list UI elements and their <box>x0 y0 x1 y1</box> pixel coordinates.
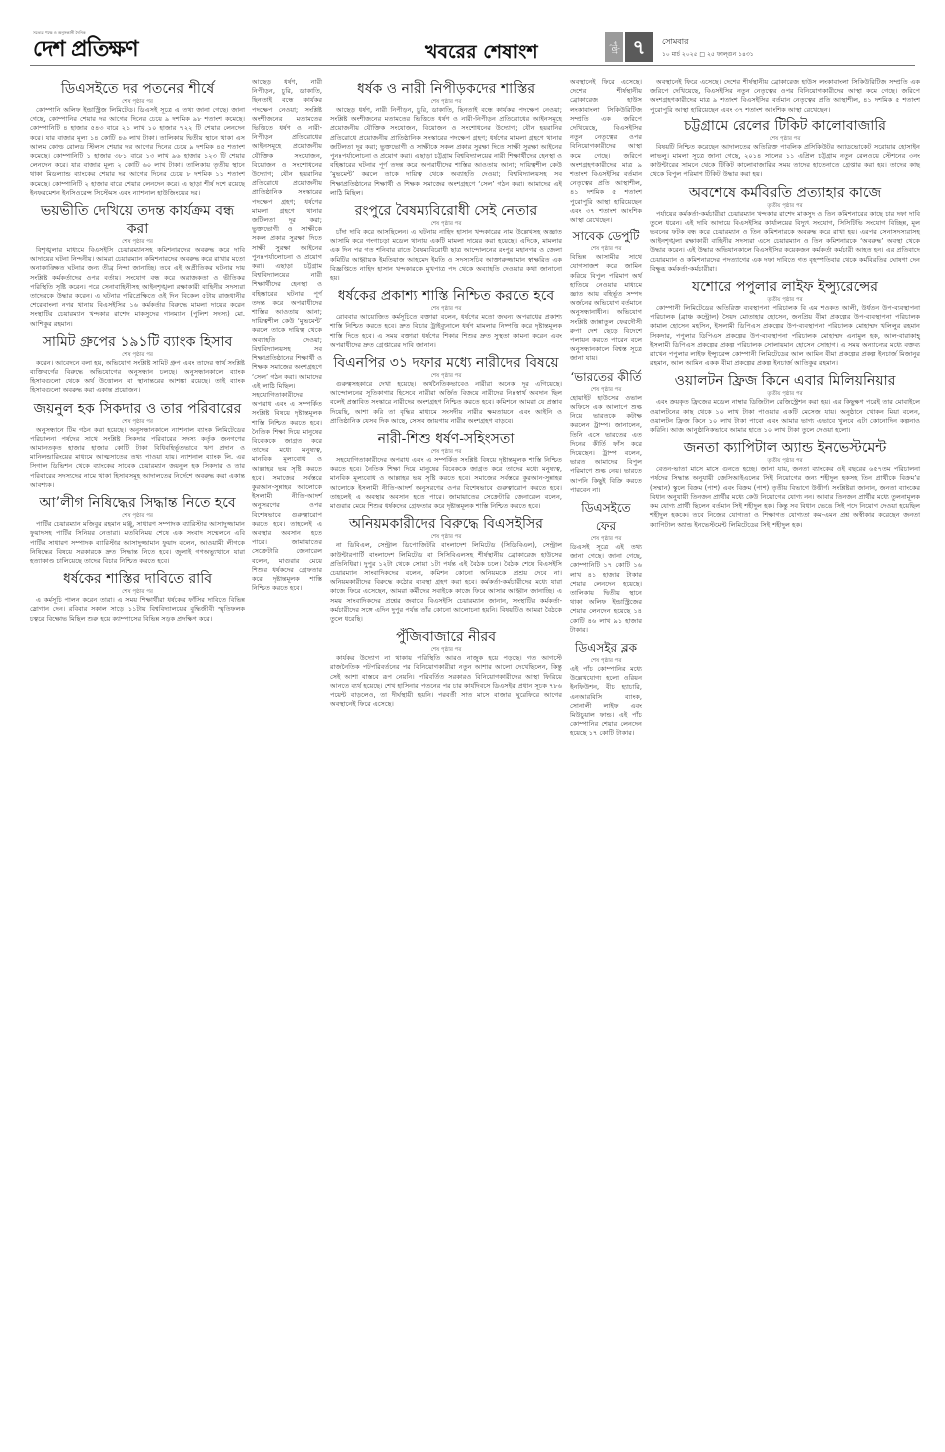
article-body: করেন। আবেদনে বলা হয়, অভিযোগ সংশ্লিষ্ট স… <box>30 359 245 396</box>
page-number: ৭ <box>625 32 653 62</box>
headline: চট্টগ্রামে রেলের টিকিট কালোবাজারি <box>650 117 920 135</box>
article-body: এবং ক্রয়কৃত ফ্রিজের মডেল নাম্বার ডিজিটা… <box>650 398 920 435</box>
headline: ধর্ষক ও নারী নিপীড়কদের শাস্তির <box>330 80 562 98</box>
headline: অবশেষে কর্মবিরতি প্রত্যাহার কাজে <box>650 184 920 202</box>
article-sikder-family: জয়নুল হক সিকদার ও তার পরিবারের শেষ পৃষ্… <box>30 400 245 490</box>
continued-label: শেষ পৃষ্ঠার পর <box>30 588 245 596</box>
article-body: আছেড় ধর্ষণ, নারী নিপীড়ন, চুরি, ডাকাতি,… <box>330 106 562 198</box>
article-body: গুরুত্বসহকারে দেখা হয়েছে। অর্থনৈতিকভাবে… <box>330 380 562 426</box>
article-capital-market-silent: পুঁজিবাজারে নীরব শেষ পৃষ্ঠার পর কার্যকর … <box>330 628 562 709</box>
column-center: ধর্ষক ও নারী নিপীড়কদের শাস্তির শেষ পৃষ্… <box>330 78 562 713</box>
continued-label: শেষ পৃষ্ঠার পর <box>30 418 245 426</box>
headline: ডিএসইর ব্লক <box>570 639 642 657</box>
headline: ওয়ালটন ফ্রিজ কিনে এবার মিলিয়নিয়ার <box>650 372 920 390</box>
article-body: কোম্পানী লিমিটেডের অতিরিক্ত ব্যবস্থাপনা … <box>650 304 920 368</box>
article-india-deeds: ‘ভারতের কীর্তি শেষ পৃষ্ঠার পর হোয়াইট হা… <box>570 368 642 495</box>
headline: নারী-শিশু ধর্ষণ-সহিংসতা <box>330 430 562 448</box>
article-bnp-31-points: বিএনপির ৩১ দফার মধ্যে নারীদের বিষয়ে শেষ… <box>330 354 562 426</box>
article-bsec-irregularities: অনিয়মকারীদের বিরুদ্ধে বিএসইসির শেষ পৃষ্… <box>330 515 562 624</box>
continuation-text: অবস্থানেই ফিরে এসেছে। দেশের শীর্ষস্থানীয… <box>570 78 642 225</box>
article-public-punishment: ধর্ষকের প্রকাশ্য শাস্তি নিশ্চিত করতে হবে… <box>330 287 562 350</box>
article-body: চাঁদা দাবি করে আসছিলেন। এ ঘটনায় নাহিদ হ… <box>330 228 562 283</box>
article-work-stoppage-withdrawn: অবশেষে কর্মবিরতি প্রত্যাহার কাজে তৃতীয় … <box>650 184 920 274</box>
article-rabi-protest: ধর্ষকের শাস্তির দাবিতে রাবি শেষ পৃষ্ঠার … <box>30 570 245 624</box>
article-dse-again: ডিএসইতে ফের শেষ পৃষ্ঠার পর ডিএসই সূত্রে … <box>570 499 642 635</box>
headline: জয়নুল হক সিকদার ও তার পরিবারের <box>30 400 245 418</box>
continued-label: শেষ পৃষ্ঠার পর <box>330 646 562 654</box>
continued-label: শেষ পৃষ্ঠার পর <box>30 351 245 359</box>
column-right: অবস্থানেই ফিরে এসেছে। দেশের শীর্ষস্থানীয… <box>650 78 920 534</box>
column-left: ডিএসইতে দর পতনের শীর্ষে শেষ পৃষ্ঠার পর ক… <box>30 78 245 628</box>
continued-label: তৃতীয় পৃষ্ঠার পর <box>650 457 920 465</box>
continued-label: শেষ পৃষ্ঠার পর <box>30 238 245 246</box>
continuation-text: আছেড় ধর্ষণ, নারী নিপীড়ন, চুরি, ডাকাতি,… <box>252 78 322 391</box>
headline: সামিট গ্রুপের ১৯১টি ব্যাংক হিসাব <box>30 333 245 351</box>
article-body: সহযোগিতাকারীদের অপরাধ এবং এ সম্পর্কিত সং… <box>330 456 562 511</box>
column-narrow-2: আছেড় ধর্ষণ, নারী নিপীড়ন, চুরি, ডাকাতি,… <box>252 78 322 593</box>
column-narrow-4: অবস্থানেই ফিরে এসেছে। দেশের শীর্ষস্থানীয… <box>570 78 642 743</box>
continued-label: শেষ পৃষ্ঠার পর <box>570 386 642 394</box>
headline: জনতা ক্যাপিটাল অ্যান্ড ইনভেস্টমেন্ট <box>650 439 920 457</box>
continued-label: শেষ পৃষ্ঠার পর <box>330 220 562 228</box>
continued-label: শেষ পৃষ্ঠার পর <box>330 448 562 456</box>
article-popular-life-jessore: যশোরে পপুলার লাইফ ইন্স্যুরেন্সের তৃতীয় … <box>650 278 920 368</box>
headline: বিএনপির ৩১ দফার মধ্যে নারীদের বিষয়ে <box>330 354 562 372</box>
newspaper-name: দেশ প্রতিক্ষণ <box>33 36 138 62</box>
section-title: খবরের শেষাংশ <box>425 38 538 70</box>
article-body: বিশৃঙ্খলার মাধ্যমে বিএসইসি চেয়ারম্যানসহ… <box>30 246 245 329</box>
issue-day: সোমবার <box>662 36 688 49</box>
newspaper-logo: সত্যের পক্ষে ও অনুসন্ধানী দৈনিক দেশ প্রত… <box>33 30 138 61</box>
headline: ধর্ষকের শাস্তির দাবিতে রাবি <box>30 570 245 588</box>
article-body: কোম্পানি অলিফ ইন্ডাস্ট্রিজ লিমিটেড। ডিএস… <box>30 106 245 198</box>
article-body: বেতন-ভাতা মাসে মাসে গুনতে হচ্ছে। জানা যা… <box>650 465 920 529</box>
article-rangpur-leader: রংপুরে বৈষম্যবিরোধী সেই নেতার শেষ পৃষ্ঠা… <box>330 202 562 283</box>
article-body: রোববার আয়োজিত কর্মসূচিতে বক্তারা বলেন, … <box>330 313 562 350</box>
article-intimidation: ভয়ভীতি দেখিয়ে তদন্ত কার্যক্রম বন্ধ করা… <box>30 202 245 329</box>
continued-label: শেষ পৃষ্ঠার পর <box>330 98 562 106</box>
article-body: না ডিবিএল, সেন্ট্রাল ডিপোজিটরি বাংলাদেশ … <box>330 541 562 624</box>
continued-label: শেষ পৃষ্ঠার পর <box>570 657 642 665</box>
article-body: কার্যকর উদ্যোগ না থাকায় পরিস্থিতি আরও ন… <box>330 654 562 709</box>
article-body: পার্টির চেয়ারম্যান মজিবুর রহমান মঞ্জু, … <box>30 520 245 566</box>
article-body: পর্যায়ের কর্মকর্তা-কর্মচারীরা চেয়ারম্য… <box>650 210 920 274</box>
headline: ডিএসইতে দর পতনের শীর্ষে <box>30 80 245 98</box>
continued-label: তৃতীয় পৃষ্ঠার পর <box>650 202 920 210</box>
article-dse-fall: ডিএসইতে দর পতনের শীর্ষে শেষ পৃষ্ঠার পর ক… <box>30 80 245 198</box>
article-dse-block: ডিএসইর ব্লক শেষ পৃষ্ঠার পর এই পাঁচ কোম্প… <box>570 639 642 739</box>
continued-label: শেষ পৃষ্ঠার পর <box>30 98 245 106</box>
page-label: পৃষ্ঠা <box>605 32 623 62</box>
article-body: এই পাঁচ কোম্পানির মধ্যে উল্লেখযোগ্য হলো … <box>570 665 642 739</box>
article-janata-capital: জনতা ক্যাপিটাল অ্যান্ড ইনভেস্টমেন্ট তৃতী… <box>650 439 920 529</box>
continued-label: তৃতীয় পৃষ্ঠার পর <box>650 296 920 304</box>
article-body: ডিএসই সূত্রে এই তথ্য জানা গেছে। জানা গেছ… <box>570 543 642 635</box>
article-walton-millionaire: ওয়ালটন ফ্রিজ কিনে এবার মিলিয়নিয়ার তৃত… <box>650 372 920 435</box>
headline: রংপুরে বৈষম্যবিরোধী সেই নেতার <box>330 202 562 220</box>
headline: ‘ভারতের কীর্তি <box>570 368 642 386</box>
headline: ডিএসইতে ফের <box>570 499 642 535</box>
headline: অনিয়মকারীদের বিরুদ্ধে বিএসইসির <box>330 515 562 533</box>
article-summit-accounts: সামিট গ্রুপের ১৯১টি ব্যাংক হিসাব শেষ পৃষ… <box>30 333 245 396</box>
continuation-text: অবস্থানেই ফিরে এসেছে। দেশের শীর্ষস্থানীয… <box>650 78 920 115</box>
headline: পুঁজিবাজারে নীরব <box>330 628 562 646</box>
headline: যশোরে পপুলার লাইফ ইন্স্যুরেন্সের <box>650 278 920 296</box>
article-rapist-punishment: ধর্ষক ও নারী নিপীড়কদের শাস্তির শেষ পৃষ্… <box>330 80 562 198</box>
article-awami-ban: আ’লীগ নিষিদ্ধের সিদ্ধান্ত নিতে হবে শেষ প… <box>30 494 245 566</box>
continuation-text: সহযোগিতাকারীদের অপরাধ এবং এ সম্পর্কিত সং… <box>252 391 322 593</box>
headline: সাবেক ডেপুটি <box>570 227 642 245</box>
article-railway-tickets: চট্টগ্রামে রেলের টিকিট কালোবাজারি শেষ পৃ… <box>650 117 920 180</box>
headline: আ’লীগ নিষিদ্ধের সিদ্ধান্ত নিতে হবে <box>30 494 245 512</box>
continued-label: শেষ পৃষ্ঠার পর <box>570 535 642 543</box>
article-body: হোয়াইট হাউসের ওভাল অফিসে এক আলাপে শুল্ক… <box>570 394 642 495</box>
article-child-violence: নারী-শিশু ধর্ষণ-সহিংসতা শেষ পৃষ্ঠার পর স… <box>330 430 562 511</box>
article-body: অনুসন্ধানে টিম গঠন করা হয়েছে। অনুসন্ধান… <box>30 426 245 490</box>
article-former-deputy: সাবেক ডেপুটি শেষ পৃষ্ঠার পর বিভিন্ন আসাম… <box>570 227 642 363</box>
continued-label: শেষ পৃষ্ঠার পর <box>330 305 562 313</box>
issue-date: ১০ মার্চ ২০২৫ □ ২৫ ফাল্গুন ১৪৩১ <box>662 49 754 60</box>
continued-label: শেষ পৃষ্ঠার পর <box>30 512 245 520</box>
article-body: বিষয়টি নিশ্চিত করেছেন আদালতের অতিরিক্ত … <box>650 143 920 180</box>
headline: ভয়ভীতি দেখিয়ে তদন্ত কার্যক্রম বন্ধ করা <box>30 202 245 238</box>
article-body: এ কর্মসূচি পালন করেন তারা। এ সময় শিক্ষা… <box>30 596 245 624</box>
headline: ধর্ষকের প্রকাশ্য শাস্তি নিশ্চিত করতে হবে <box>330 287 562 305</box>
article-body: বিভিন্ন আসামীর সাথে যোগসাজশ করে জামিন কর… <box>570 253 642 363</box>
continued-label: শেষ পৃষ্ঠার পর <box>650 135 920 143</box>
masthead: সত্যের পক্ষে ও অনুসন্ধানী দৈনিক দেশ প্রত… <box>30 36 915 66</box>
continued-label: শেষ পৃষ্ঠার পর <box>330 372 562 380</box>
